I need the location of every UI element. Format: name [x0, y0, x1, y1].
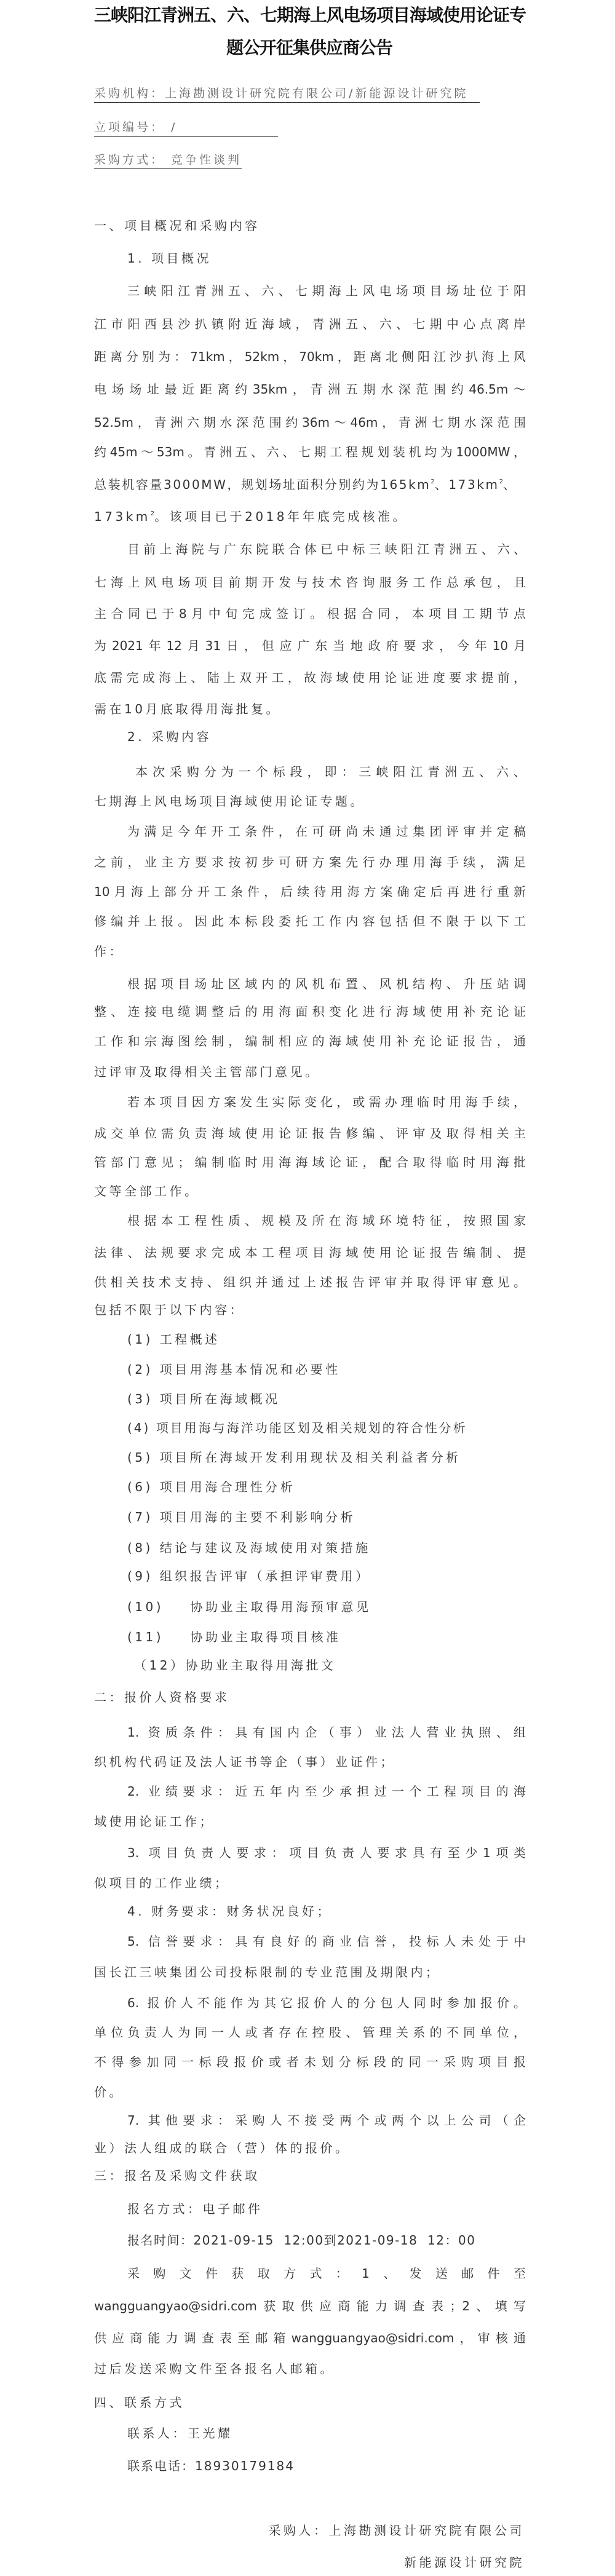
scope-item: (10) 协助业主取得用海预审意见 [127, 1598, 526, 1615]
qualification-line: 域使用论证工作； [94, 1813, 526, 1830]
qualification-line: 1. 资质条件：具有国内企（事）业法人营业执照、组 [127, 1724, 526, 1741]
qualification-line: 价。 [94, 2083, 526, 2101]
qualification-line: 4. 财务要求：财务状况良好； [127, 1903, 526, 1920]
page-title-line-2: 题公开征集供应商公告 [94, 38, 525, 58]
paragraph-line: 工作和宗海图绘制，编制相应的海域使用补充论证报告，通 [94, 1032, 526, 1050]
paragraph-line: 七海上风电场项目前期开发与技术咨询服务工作总承包，且 [94, 574, 526, 591]
qualification-line: 织机构代码证及法人证书等企（事）业证件； [94, 1753, 526, 1770]
scope-item: (2) 项目用海基本情况和必要性 [127, 1361, 526, 1378]
contact-person: 联系人：王光耀 [127, 2425, 526, 2442]
qualification-line: 单位负责人为同一人或者存在控股、管理关系的不同单位， [94, 2024, 526, 2041]
procurement-method: 采购方式： 竞争性谈判 [94, 152, 242, 169]
paragraph-line: 之前，业主方要求按初步可研方案先行办理用海手续，满足 [94, 854, 526, 871]
paragraph-line: 法律、法规要求完成本工程项目海域使用论证报告编制、提 [94, 1244, 526, 1261]
paragraph-line: 根据本工程性质、规模及所在海域环境特征，按照国家 [127, 1212, 526, 1229]
qualification-line: 业）法人组成的联合（营）体的报价。 [94, 2139, 526, 2157]
paragraph-line: 若本项目因方案发生实际变化，或需办理临时用海手续， [127, 1093, 526, 1111]
text-segment: 173km [94, 509, 151, 524]
section-1-heading: 一、项目概况和采购内容 [94, 217, 526, 234]
paragraph-line: 底需完成海上、陆上双开工，故海域使用论证进度要求提前， [94, 669, 526, 686]
signup-method: 报名方式：电子邮件 [127, 2200, 526, 2217]
paragraph-line: 作： [94, 943, 526, 960]
paragraph-line: 三峡阳江青洲五、六、七期海上风电场项目场址位于阳 [127, 282, 526, 299]
project-number: 立项编号： / [94, 119, 278, 137]
procurement-agency: 采购机构：上海勘测设计研究院有限公司/新能源设计研究院 [94, 85, 480, 103]
paragraph-line: 根据项目场址区域内的风机布置、风机结构、升压站调 [127, 975, 526, 993]
paragraph-line: 距离分别为：71km，52km，70km，距离北侧阳江沙扒海上风 [94, 348, 526, 365]
paragraph-line: 约45m～53m。青洲五、六、七期工程规划装机均为1000MW， [94, 443, 526, 461]
scope-item: (3) 项目所在海域概况 [127, 1390, 526, 1408]
paragraph-line: 为满足今年开工条件，在可研尚未通过集团评审并定稿 [127, 823, 526, 840]
paragraph-line-with-superscript: 173km2。该项目已于2018年年底完成核准。 [94, 508, 526, 525]
scope-item: (7) 项目用海的主要不利影响分析 [127, 1508, 526, 1526]
paragraph-line: 江市阳西县沙扒镇附近海域，青洲五、六、七期中心点离岸 [94, 315, 526, 333]
doc-method-line: 过后发送采购文件至各报名人邮箱。 [94, 2360, 526, 2377]
scope-item: （12）协助业主取得用海批文 [134, 1657, 533, 1674]
qualification-line: 5. 信誉要求：具有良好的商业信誉，投标人未处于中 [127, 1933, 526, 1950]
doc-method-line: 供应商能力调查表至邮箱wangguangyao@sidri.com，审核通 [94, 2329, 526, 2347]
announcement-page: 三峡阳江青洲五、六、七期海上风电场项目海域使用论证专 题公开征集供应商公告 采购… [0, 0, 615, 2576]
paragraph-line: 需在10月底取得用海批复。 [94, 700, 526, 718]
qualification-line: 2. 业绩要求：近五年内至少承担过一个工程项目的海 [127, 1783, 526, 1800]
doc-method-line: 采购文件获取方式：1、发送邮件至 [127, 2265, 526, 2282]
scope-item: (1) 工程概述 [127, 1331, 526, 1348]
paragraph-line: 修编并上报。因此本标段委托工作内容包括但不限于以下工 [94, 913, 526, 930]
paragraph-line: 成交单位需负责海域使用论证报告修编、评审及取得相关主 [94, 1125, 526, 1142]
scope-item: (4) 项目用海与海洋功能区划及相关规划的符合性分析 [127, 1419, 526, 1437]
paragraph-line: 10月海上部分开工条件，后续待用海方案确定后再进行重新 [94, 883, 526, 900]
paragraph-line: 目前上海院与广东院联合体已中标三峡阳江青洲五、六、 [127, 541, 526, 558]
qualification-line: 国长江三峡集团公司投标限制的专业范围及期限内； [94, 1964, 526, 1981]
qualification-line: 不得参加同一标段报价或者未划分标段的同一采购项目报 [94, 2053, 526, 2071]
text-segment: 总装机容量3000MW，规划场址面积分别约为165km [94, 477, 430, 492]
paragraph-line: 整、连接电缆调整后的用海面积变化进行海域使用补充论证 [94, 1003, 526, 1020]
paragraph-line: 供相关技术支持、组织并通过上述报告评审并取得评审意见。 [94, 1274, 526, 1291]
contact-phone: 联系电话：18930179184 [127, 2457, 526, 2475]
paragraph-line: 过评审及取得相关主管部门意见。 [94, 1063, 526, 1080]
signup-time: 报名时间：2021-09-15 12:00到2021-09-18 12：00 [127, 2232, 526, 2249]
qualification-line: 似项目的工作业绩； [94, 1874, 526, 1892]
qualification-line: 6. 报价人不能作为其它报价人的分包人同时参加报价。 [127, 1994, 526, 2011]
subsection-1-2-heading: 2. 采购内容 [127, 728, 526, 745]
subsection-1-1-heading: 1. 项目概况 [127, 250, 526, 267]
doc-method-line: wangguangyao@sidri.com获取供应商能力调查表；2、填写 [94, 2297, 526, 2315]
qualification-line: 3. 项目负责人要求：项目负责人要求具有至少1项类 [127, 1844, 526, 1861]
section-3-heading: 三：报名及采购文件获取 [94, 2167, 526, 2184]
paragraph-line: 电场场址最近距离约35km，青洲五期水深范围约46.5m～ [94, 381, 526, 398]
scope-item: (9) 组织报告评审（承担评审费用） [127, 1567, 526, 1585]
text-segment: 、 [503, 477, 517, 492]
scope-item: (6) 项目用海合理性分析 [127, 1478, 526, 1496]
paragraph-line-with-superscripts: 总装机容量3000MW，规划场址面积分别约为165km2、173km2、 [94, 476, 526, 493]
paragraph-line: 为2021年12月31日，但应广东当地政府要求，今年10月 [94, 637, 526, 654]
paragraph-line: 52.5m，青洲六期水深范围约36m～46m，青洲七期水深范围 [94, 414, 526, 431]
scope-item: (5) 项目所在海域开发利用现状及相关利益者分析 [127, 1449, 526, 1466]
signature-institute: 新能源设计研究院 [404, 2554, 525, 2571]
paragraph-line: 包括不限于以下内容： [94, 1301, 526, 1318]
paragraph-line: 文等全部工作。 [94, 1183, 526, 1200]
section-4-heading: 四、联系方式 [94, 2394, 526, 2411]
qualification-line: 7. 其他要求：采购人不接受两个或两个以上公司（企 [127, 2112, 526, 2129]
text-segment: 、173km [435, 477, 499, 492]
signature-purchaser: 采购人：上海勘测设计研究院有限公司 [269, 2522, 525, 2539]
paragraph-line: 主合同已于8月中旬完成签订。根据合同，本项目工期节点 [94, 605, 526, 622]
scope-item: (8) 结论与建议及海域使用对策措施 [127, 1539, 526, 1556]
page-title-line-1: 三峡阳江青洲五、六、七期海上风电场项目海域使用论证专 [94, 5, 525, 26]
paragraph-line: 本次采购分为一个标段，即：三峡阳江青洲五、六、 [135, 763, 526, 780]
text-segment: 。该项目已于2018年年底完成核准。 [154, 509, 408, 524]
scope-item: (11) 协助业主取得项目核准 [127, 1628, 526, 1646]
paragraph-line: 管部门意见；编制临时用海海域论证，配合取得临时用海批 [94, 1154, 526, 1171]
paragraph-line: 七期海上风电场项目海域使用论证专题。 [94, 793, 526, 810]
section-2-heading: 二：报价人资格要求 [94, 1689, 526, 1706]
